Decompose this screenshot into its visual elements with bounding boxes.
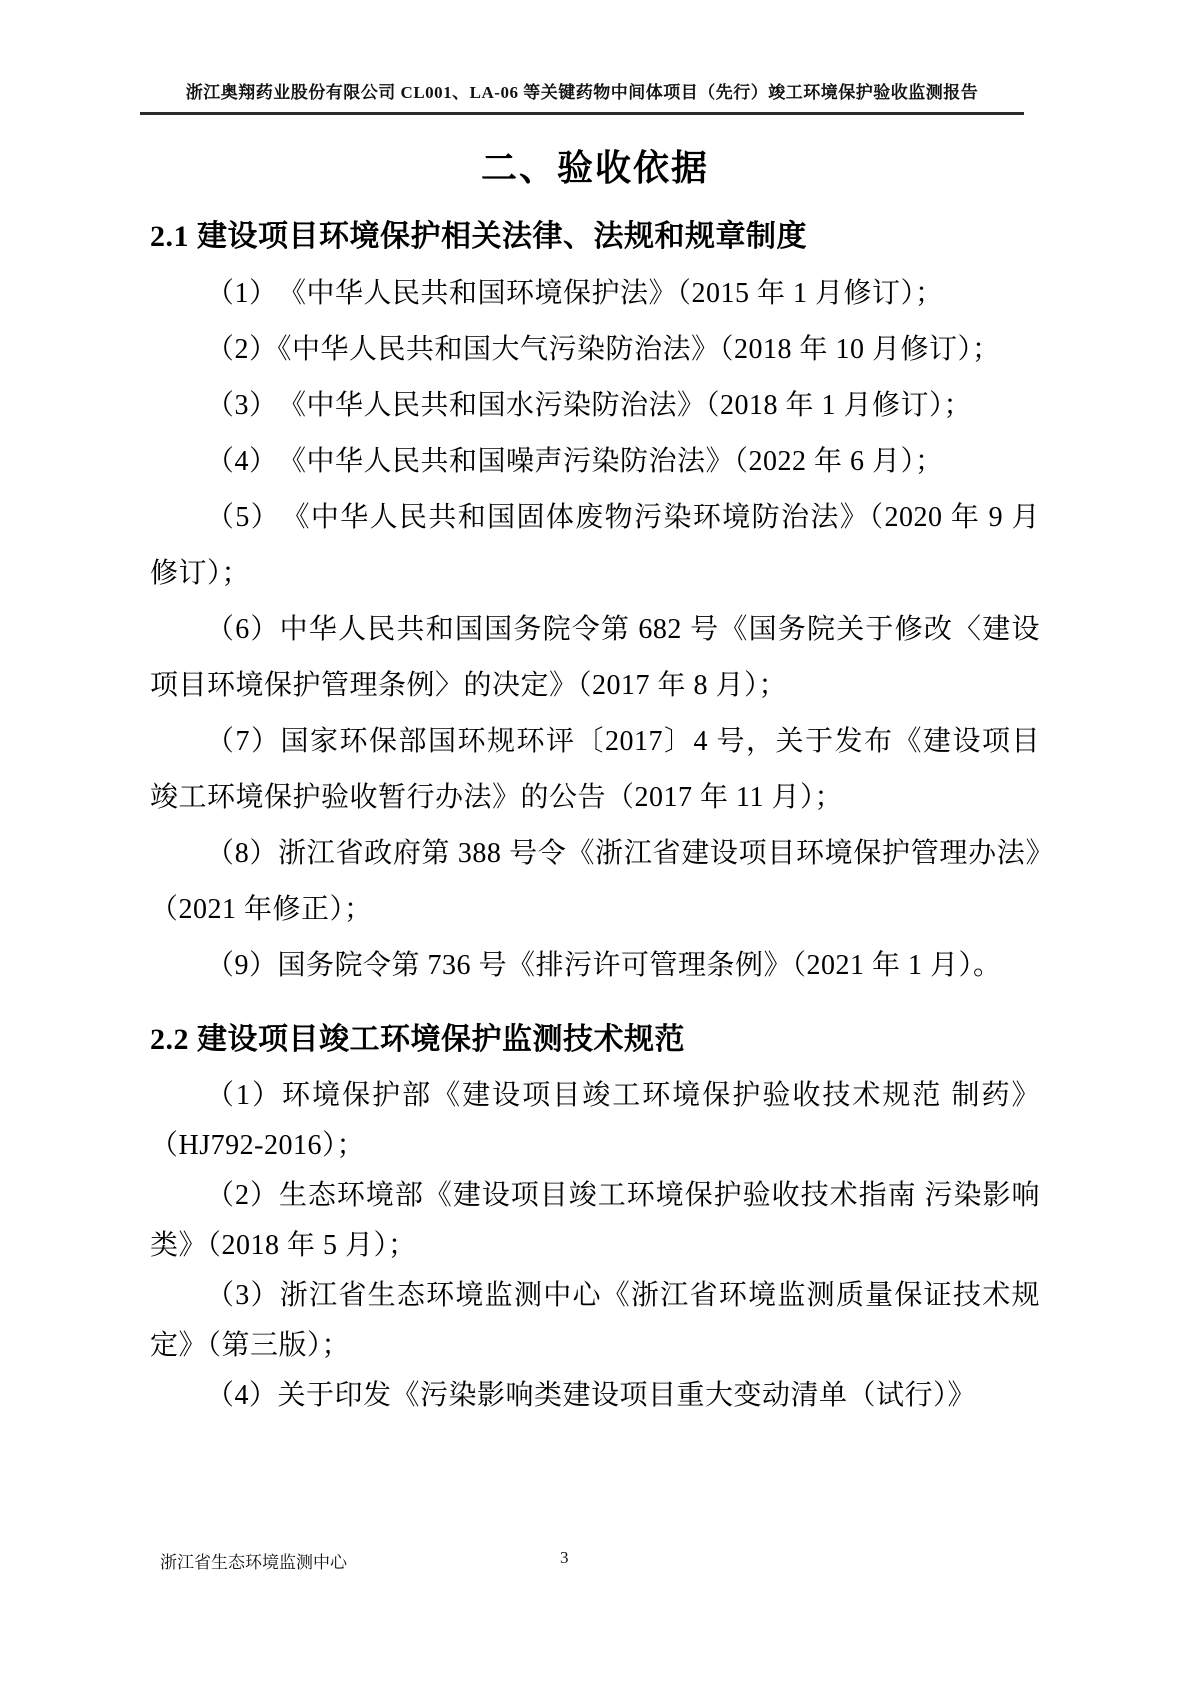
tech-spec-item-4: （4）关于印发《污染影响类建设项目重大变动清单（试行）》	[150, 1371, 1040, 1421]
legal-item-3: （3） 《中华人民共和国水污染防治法》（2018 年 1 月修订）；	[150, 378, 1040, 434]
section-heading-2-1: 2.1 建设项目环境保护相关法律、法规和规章制度	[150, 217, 1040, 256]
footer-organization: 浙江省生态环境监测中心	[160, 1548, 347, 1573]
page-body: 二、验收依据 2.1 建设项目环境保护相关法律、法规和规章制度 （1） 《中华人…	[150, 112, 1040, 1421]
legal-item-5: （5） 《中华人民共和国固体废物污染环境防治法》（2020 年 9 月修订）；	[150, 490, 1040, 602]
legal-item-8: （8）浙江省政府第 388 号令《浙江省建设项目环境保护管理办法》（2021 年…	[150, 826, 1040, 938]
document-page: 浙江奥翔药业股份有限公司 CL001、LA-06 等关键药物中间体项目（先行）竣…	[0, 0, 1190, 1683]
legal-item-9: （9）国务院令第 736 号《排污许可管理条例》（2021 年 1 月）。	[150, 938, 1040, 994]
page-number: 3	[560, 1548, 569, 1568]
legal-item-2: （2）《中华人民共和国大气污染防治法》（2018 年 10 月修订）；	[150, 322, 1040, 378]
legal-item-1: （1） 《中华人民共和国环境保护法》（2015 年 1 月修订）；	[150, 266, 1040, 322]
tech-spec-item-3: （3）浙江省生态环境监测中心《浙江省环境监测质量保证技术规定》（第三版）；	[150, 1271, 1040, 1371]
tech-spec-item-1: （1）环境保护部《建设项目竣工环境保护验收技术规范 制药》（HJ792-2016…	[150, 1071, 1040, 1171]
legal-item-7: （7）国家环保部国环规环评〔2017〕4 号，关于发布《建设项目竣工环境保护验收…	[150, 714, 1040, 826]
section-heading-2-2: 2.2 建设项目竣工环境保护监测技术规范	[150, 1020, 1040, 1059]
tech-spec-item-2: （2）生态环境部《建设项目竣工环境保护验收技术指南 污染影响类》（2018 年 …	[150, 1171, 1040, 1271]
section-2-2-items: （1）环境保护部《建设项目竣工环境保护验收技术规范 制药》（HJ792-2016…	[150, 1071, 1040, 1421]
page-header: 浙江奥翔药业股份有限公司 CL001、LA-06 等关键药物中间体项目（先行）竣…	[140, 78, 1024, 115]
legal-item-6: （6）中华人民共和国国务院令第 682 号《国务院关于修改〈建设项目环境保护管理…	[150, 602, 1040, 714]
running-header-text: 浙江奥翔药业股份有限公司 CL001、LA-06 等关键药物中间体项目（先行）竣…	[140, 78, 1024, 103]
page-title: 二、验收依据	[150, 146, 1040, 191]
section-2-1-items: （1） 《中华人民共和国环境保护法》（2015 年 1 月修订）； （2）《中华…	[150, 266, 1040, 994]
legal-item-4: （4） 《中华人民共和国噪声污染防治法》（2022 年 6 月）；	[150, 434, 1040, 490]
